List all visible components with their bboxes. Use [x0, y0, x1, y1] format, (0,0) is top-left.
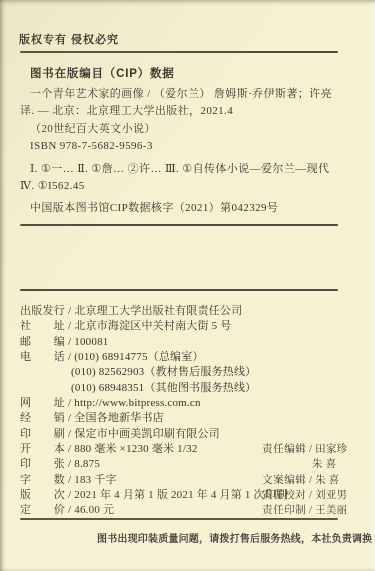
row-value: 刘亚男 — [315, 488, 347, 503]
row-value: 保定市中画美凯印刷有限公司 — [74, 427, 220, 442]
row-separator: / — [65, 457, 74, 472]
row-separator: / — [65, 335, 74, 350]
row-label: 电话 — [20, 350, 65, 365]
cip-class-number-line: Ⅳ. ①I562.45 — [20, 178, 350, 195]
publication-row-publisher: 出版发行/北京理工大学出版社有限责任公司 — [20, 304, 270, 319]
publication-top-rule — [20, 289, 338, 291]
row-label: 印张 — [20, 457, 65, 472]
row-label: 开本 — [20, 442, 65, 457]
publication-row-distribution: 经销/全国各地新华书店 — [20, 411, 270, 426]
staff-row-executive-editor: 责任编辑/田家珍 — [262, 442, 347, 457]
row-value: (010) 68914775（总编室） — [74, 350, 203, 365]
publication-row-edition: 版次/2021 年 4 月第 1 版 2021 年 4 月第 1 次印刷 — [20, 488, 270, 503]
row-label: 责任校对 — [262, 488, 306, 503]
footer-rule — [20, 518, 338, 520]
copyright-page: 版权专有 侵权必究 图书在版编目（CIP）数据 一个青年艺术家的画像 / （爱尔… — [0, 0, 375, 571]
publication-block: 出版发行/北京理工大学出版社有限责任公司 社址/北京市海淀区中关村南大街 5 号… — [20, 304, 270, 519]
row-value: (010) 68948351（其他图书服务热线） — [71, 381, 256, 396]
row-separator: / — [65, 488, 74, 503]
row-value: 朱 喜 — [312, 457, 336, 472]
row-label: 责任印制 — [262, 503, 306, 518]
publication-row-address: 社址/北京市海淀区中关村南大街 5 号 — [20, 319, 270, 334]
publication-row-phone-3: (010) 68948351（其他图书服务热线） — [20, 381, 270, 396]
copyright-notice: 版权专有 侵权必究 — [19, 31, 119, 47]
row-separator: / — [306, 473, 315, 488]
staff-row-executive-editor-2: 朱 喜 — [262, 457, 347, 472]
row-separator: / — [306, 488, 315, 503]
row-separator: / — [65, 396, 74, 411]
cip-title-line: 一个青年艺术家的画像 / （爱尔兰） 詹姆斯·乔伊斯著；许亮 — [30, 86, 350, 103]
row-value: (010) 82562903（教材售后服务热线） — [71, 365, 256, 380]
staff-row-proofreader: 责任校对/刘亚男 — [262, 488, 347, 503]
row-separator: / — [65, 304, 74, 319]
row-separator: / — [65, 503, 74, 518]
row-separator: / — [306, 503, 315, 518]
cip-block: 一个青年艺术家的画像 / （爱尔兰） 詹姆斯·乔伊斯著；许亮 译. — 北京：北… — [20, 86, 350, 217]
staff-row-print-supervisor: 责任印制/王美丽 — [262, 503, 347, 518]
row-value: 北京理工大学出版社有限责任公司 — [74, 304, 242, 319]
cip-classification-line: Ⅰ. ①一… Ⅱ. ①詹… ②许… Ⅲ. ①自传体小说—爱尔兰—现代 — [30, 161, 350, 178]
cip-record-number-line: 中国版本图书馆CIP数据核字（2021）第042329号 — [30, 200, 350, 217]
row-value: 880 毫米 ×1230 毫米 1/32 — [74, 442, 197, 457]
row-value: 朱 喜 — [315, 473, 339, 488]
staff-row-copy-editor: 文案编辑/朱 喜 — [262, 473, 347, 488]
row-separator: / — [65, 442, 74, 457]
row-label: 网址 — [20, 396, 65, 411]
publication-row-price: 定价/46.00 元 — [20, 503, 270, 518]
row-value: 183 千字 — [74, 473, 116, 488]
publication-row-postcode: 邮编/100081 — [20, 335, 270, 350]
row-value: 100081 — [74, 335, 108, 350]
row-label: 经销 — [20, 411, 65, 426]
row-value: 全国各地新华书店 — [74, 411, 164, 426]
publication-row-phone-2: (010) 82562903（教材售后服务热线） — [20, 365, 270, 380]
row-label: 印刷 — [20, 427, 65, 442]
row-label — [20, 381, 65, 396]
row-separator: / — [65, 411, 74, 426]
cip-heading: 图书在版编目（CIP）数据 — [30, 65, 175, 81]
row-value: 8.875 — [74, 457, 100, 472]
row-label: 责任编辑 — [262, 442, 306, 457]
row-label — [262, 457, 306, 472]
row-separator: / — [65, 427, 74, 442]
row-label: 邮编 — [20, 335, 65, 350]
row-value: 2021 年 4 月第 1 版 2021 年 4 月第 1 次印刷 — [74, 488, 287, 503]
publication-row-sheets: 印张/8.875 — [20, 457, 270, 472]
row-value: 田家珍 — [315, 442, 347, 457]
row-label — [20, 365, 65, 380]
publication-row-phone-1: 电话/(010) 68914775（总编室） — [20, 350, 270, 365]
staff-block: 责任编辑/田家珍 朱 喜 文案编辑/朱 喜 责任校对/刘亚男 责任印制/王美丽 — [262, 442, 347, 519]
row-label: 字数 — [20, 473, 65, 488]
quality-note: 图书出现印装质量问题，请拨打售后服务热线，本社负责调换 — [97, 530, 372, 545]
publication-row-format: 开本/880 毫米 ×1230 毫米 1/32 — [20, 442, 270, 457]
row-value: 王美丽 — [315, 503, 347, 518]
row-label: 版次 — [20, 488, 65, 503]
row-separator: / — [306, 442, 315, 457]
row-label: 定价 — [20, 503, 65, 518]
row-label: 文案编辑 — [262, 473, 306, 488]
publication-row-printer: 印刷/保定市中画美凯印刷有限公司 — [20, 427, 270, 442]
cip-bottom-rule — [20, 224, 338, 226]
cip-series-line: （20世纪百大英文小说） — [30, 121, 350, 138]
row-separator: / — [65, 319, 74, 334]
cip-publisher-line: 译. — 北京：北京理工大学出版社，2021.4 — [20, 103, 350, 120]
row-separator: / — [65, 350, 74, 365]
row-label: 出版发行 — [20, 304, 65, 319]
publication-row-word-count: 字数/183 千字 — [20, 473, 270, 488]
row-value: 46.00 元 — [74, 503, 114, 518]
row-value: 北京市海淀区中关村南大街 5 号 — [74, 319, 231, 334]
top-rule — [20, 51, 338, 53]
cip-isbn-line: ISBN 978-7-5682-9596-3 — [30, 138, 350, 155]
publication-row-website: 网址/http://www.bitpress.com.cn — [20, 396, 270, 411]
row-separator: / — [65, 473, 74, 488]
row-label: 社址 — [20, 319, 65, 334]
row-value: http://www.bitpress.com.cn — [74, 396, 200, 411]
